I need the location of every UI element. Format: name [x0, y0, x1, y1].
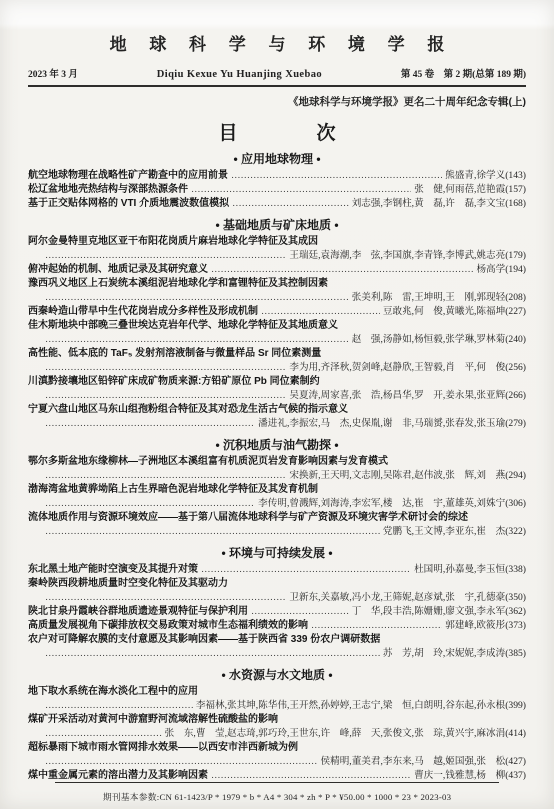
toc-entry-authors: 曹庆一,钱雅慧,杨 柳 [414, 769, 505, 783]
toc-entry: 俯冲起始的机制、地质记录及其研究意义杨高学(194) [28, 263, 526, 277]
dot-leader [45, 525, 380, 539]
toc-entry-authors: 苏 芳,胡 玲,宋妮妮,李成涛 [383, 647, 505, 661]
toc-entry: 基于正交贴体网格的 VTI 介质地震波数值模拟刘志强,李钢柱,黄 磊,许 磊,李… [28, 197, 526, 211]
dot-leader [45, 727, 162, 741]
journal-contents-page: 地 球 科 学 与 环 境 学 报 2023 年 3 月 Diqiu Kexue… [0, 0, 554, 809]
dot-leader [45, 249, 286, 263]
toc-entry-continuation: 潘进礼,李振宏,马 杰,史保胤,谢 非,马瑞赟,张春发,张玉瑜(279) [28, 417, 526, 431]
toc-entry: 西秦岭造山带早中生代花岗岩成分多样性及形成机制豆敢兆,何 俊,黄曦光,陈福坤(2… [28, 305, 526, 319]
toc-entry-authors: 王瑞廷,袁海潮,李 弦,李国旗,李青锋,李博武,姚志亮 [289, 249, 505, 263]
dot-leader [231, 169, 442, 183]
toc-entry-page: (240) [505, 333, 526, 347]
toc-entry-continuation: 吴夏涛,周家喜,张 浩,杨昌华,罗 开,姜永果,张亚辉(266) [28, 389, 526, 403]
toc-section-header: • 沉积地质与油气勘探 • [28, 436, 526, 453]
toc-entry-authors: 吴夏涛,周家喜,张 浩,杨昌华,罗 开,姜永果,张亚辉 [289, 389, 505, 403]
footer-rule [55, 782, 499, 783]
dot-leader [45, 417, 255, 431]
toc-entry-title: 佳木斯地块中部晚三叠世埃达克岩年代学、地球化学特征及其地质意义 [28, 319, 526, 333]
journal-parameters: 期刊基本参数:CN 61-1423/P * 1979 * b * A4 * 30… [0, 790, 554, 803]
toc-entry-continuation: 张 东,曹 莹,赵志琦,郭巧玲,王世东,许 峰,薛 天,张俊文,张 琮,黄兴宇,… [28, 727, 526, 741]
toc-entry-authors: 张美利,陈 雷,王坤明,王 刚,郭现轻 [352, 291, 506, 305]
toc-entry-page: (266) [505, 389, 526, 403]
page-content: 地 球 科 学 与 环 境 学 报 2023 年 3 月 Diqiu Kexue… [0, 0, 554, 783]
toc-entry-title: 航空地球物理在战略性矿产勘查中的应用前景 [28, 169, 228, 183]
toc-entry: 松辽盆地地壳热结构与深部热源条件张 健,何雨蓓,范艳霞(157) [28, 183, 526, 197]
toc-sections: • 应用地球物理 •航空地球物理在战略性矿产勘查中的应用前景熊盛青,徐学义(14… [28, 150, 526, 783]
dot-leader [45, 361, 286, 375]
toc-entry: 陕北甘泉丹霞峡谷群地质遗迹景观特征与保护利用丁 华,段丰浩,陈姗姗,廖文强,李永… [28, 605, 526, 619]
journal-title: 地 球 科 学 与 环 境 学 报 [28, 30, 526, 55]
toc-entry-title: 煤中重金属元素的溶出潜力及其影响因素 [28, 769, 208, 783]
toc-entry-authors: 宋换新,王天明,文志刚,吴陈君,赵伟波,张 辉,刘 燕 [289, 469, 505, 483]
toc-entry-title: 东北黑土地产能时空演变及其提升对策 [28, 563, 198, 577]
toc-entry-title: 高质量发展视角下碳排放权交易政策对城市生态福利绩效的影响 [28, 619, 308, 633]
toc-entry-page: (373) [505, 619, 526, 633]
toc-entry-authors: 赵 强,汤静如,杨恒毅,张学琳,罗林菊 [352, 333, 506, 347]
toc-entry-title: 宁夏六盘山地区马东山组孢粉组合特征及其对恐龙生活古气候的指示意义 [28, 403, 526, 417]
toc-entry-authors: 党鹏飞,王文博,李亚东,崔 杰 [383, 525, 505, 539]
toc-entry-continuation: 王瑞廷,袁海潮,李 弦,李国旗,李青锋,李博武,姚志亮(179) [28, 249, 526, 263]
toc-entry-authors: 张 健,何雨蓓,范艳霞 [414, 183, 505, 197]
toc-entry-title: 秦岭陕西段耕地质量时空变化特征及其驱动力 [28, 577, 526, 591]
toc-entry-continuation: 李传明,曾溅辉,刘海涛,李宏军,楼 达,崔 宇,董雄英,刘姝宁(306) [28, 497, 526, 511]
toc-entry-continuation: 卫新东,关嘉敏,冯小龙,王筛妮,赵彦斌,张 宇,孔德豪(350) [28, 591, 526, 605]
toc-entry-title: 川滇黔接壤地区铅锌矿床成矿物质来源:方铅矿原位 Pb 同位素制约 [28, 375, 526, 389]
volume-issue: 第 45 卷 第 2 期(总第 189 期) [401, 66, 526, 80]
toc-entry-page: (427) [505, 755, 526, 769]
toc-entry-continuation: 侯精明,董美君,李东来,马 越,姬国强,张 松(427) [28, 755, 526, 769]
toc-entry-continuation: 党鹏飞,王文博,李亚东,崔 杰(322) [28, 525, 526, 539]
journal-title-pinyin: Diqiu Kexue Yu Huanjing Xuebao [157, 69, 322, 80]
toc-entry-page: (256) [505, 361, 526, 375]
dot-leader [45, 647, 380, 661]
issue-date: 2023 年 3 月 [28, 66, 78, 80]
toc-entry-title: 西秦岭造山带早中生代花岗岩成分多样性及形成机制 [28, 305, 258, 319]
toc-entry-authors: 杨高学 [476, 263, 505, 277]
dot-leader [261, 305, 380, 319]
toc-section-header: • 水资源与水文地质 • [28, 666, 526, 683]
toc-entry-authors: 潘进礼,李振宏,马 杰,史保胤,谢 非,马瑞赟,张春发,张玉瑜 [258, 417, 505, 431]
header-rule [28, 85, 526, 87]
toc-entry-page: (179) [505, 249, 526, 263]
toc-entry-authors: 刘志强,李钢柱,黄 磊,许 磊,李文宝 [352, 197, 506, 211]
toc-entry-title: 鄂尔多斯盆地东缘柳林—子洲地区本溪组富有机质泥页岩发育影响因素与发育模式 [28, 455, 526, 469]
toc-entry-authors: 李福林,张其坤,陈华伟,王开然,孙婷婷,王志宁,梁 恒,白朗明,谷东起,孙永根 [196, 699, 505, 713]
toc-entry-page: (194) [505, 263, 526, 277]
toc-section-header: • 环境与可持续发展 • [28, 544, 526, 561]
toc-entry-title: 农户对可降解农膜的支付意愿及其影响因素——基于陕西省 339 份农户调研数据 [28, 633, 526, 647]
toc-entry-page: (208) [505, 291, 526, 305]
toc-section-header: • 应用地球物理 • [28, 150, 526, 167]
special-issue-title: 《地球科学与环境学报》更名二十周年纪念专辑(上) [28, 94, 526, 109]
toc-entry-page: (294) [505, 469, 526, 483]
journal-info-row: 2023 年 3 月 Diqiu Kexue Yu Huanjing Xueba… [28, 66, 526, 80]
toc-entry-page: (437) [505, 769, 526, 783]
dot-leader [45, 291, 349, 305]
toc-entry-page: (143) [505, 169, 526, 183]
toc-entry-page: (385) [505, 647, 526, 661]
toc-entry-title: 松辽盆地地壳热结构与深部热源条件 [28, 183, 188, 197]
dot-leader [211, 263, 473, 277]
dot-leader [211, 769, 411, 783]
dot-leader [45, 389, 286, 403]
dot-leader [45, 699, 193, 713]
toc-entry-page: (362) [505, 605, 526, 619]
toc-entry-title: 豫西巩义地区上石炭统本溪组泥岩地球化学和富锂特征及其控制因素 [28, 277, 526, 291]
dot-leader [311, 619, 442, 633]
toc-entry-page: (279) [505, 417, 526, 431]
toc-entry-page: (157) [505, 183, 526, 197]
dot-leader [191, 183, 411, 197]
toc-entry-authors: 郭建峰,欧筱彤 [445, 619, 505, 633]
toc-entry: 高质量发展视角下碳排放权交易政策对城市生态福利绩效的影响郭建峰,欧筱彤(373) [28, 619, 526, 633]
toc-entry-page: (350) [505, 591, 526, 605]
toc-entry-title: 阿尔金曼特里克地区亚干布阳花岗质片麻岩地球化学特征及其成因 [28, 235, 526, 249]
toc-entry-title: 渤海湾盆地黄骅坳陷上古生界暗色泥岩地球化学特征及其发育机制 [28, 483, 526, 497]
toc-entry-continuation: 苏 芳,胡 玲,宋妮妮,李成涛(385) [28, 647, 526, 661]
toc-entry-authors: 李传明,曾溅辉,刘海涛,李宏军,楼 达,崔 宇,董雄英,刘姝宁 [258, 497, 505, 511]
toc-entry-title: 流体地质作用与资源环境效应——基于第八届流体地球科学与矿产资源及环境灾害学术研讨… [28, 511, 526, 525]
dot-leader [45, 755, 318, 769]
page-footer: 期刊基本参数:CN 61-1423/P * 1979 * b * A4 * 30… [0, 782, 554, 803]
toc-entry-continuation: 赵 强,汤静如,杨恒毅,张学琳,罗林菊(240) [28, 333, 526, 347]
toc-entry-authors: 丁 华,段丰浩,陈姗姗,廖文强,李永军 [352, 605, 506, 619]
contents-title: 目 次 [28, 118, 526, 145]
toc-entry-authors: 卫新东,关嘉敏,冯小龙,王筛妮,赵彦斌,张 宇,孔德豪 [289, 591, 505, 605]
toc-entry-continuation: 宋换新,王天明,文志刚,吴陈君,赵伟波,张 辉,刘 燕(294) [28, 469, 526, 483]
toc-entry-title: 地下取水系统在海水淡化工程中的应用 [28, 685, 526, 699]
toc-section-header: • 基础地质与矿床地质 • [28, 216, 526, 233]
toc-entry-authors: 熊盛青,徐学义 [445, 169, 505, 183]
toc-entry-page: (227) [505, 305, 526, 319]
toc-entry-continuation: 李为用,齐泽秋,贺剑峰,赵静欣,王智毅,肖 平,何 俊(256) [28, 361, 526, 375]
toc-entry: 航空地球物理在战略性矿产勘查中的应用前景熊盛青,徐学义(143) [28, 169, 526, 183]
toc-entry-title: 陕北甘泉丹霞峡谷群地质遗迹景观特征与保护利用 [28, 605, 248, 619]
toc-entry-page: (322) [505, 525, 526, 539]
toc-entry: 东北黑土地产能时空演变及其提升对策杜国明,孙嘉曼,李玉恒(338) [28, 563, 526, 577]
toc-entry-page: (168) [505, 197, 526, 211]
dot-leader [45, 591, 286, 605]
toc-entry-page: (399) [505, 699, 526, 713]
toc-entry-authors: 侯精明,董美君,李东来,马 越,姬国强,张 松 [321, 755, 506, 769]
toc-entry-continuation: 张美利,陈 雷,王坤明,王 刚,郭现轻(208) [28, 291, 526, 305]
toc-entry-page: (414) [505, 727, 526, 741]
dot-leader [201, 563, 411, 577]
toc-entry-authors: 李为用,齐泽秋,贺剑峰,赵静欣,王智毅,肖 平,何 俊 [289, 361, 505, 375]
dot-leader [45, 333, 349, 347]
dot-leader [251, 605, 349, 619]
toc-entry-authors: 张 东,曹 莹,赵志琦,郭巧玲,王世东,许 峰,薛 天,张俊文,张 琮,黄兴宇,… [165, 727, 506, 741]
dot-leader [232, 197, 349, 211]
toc-entry-authors: 杜国明,孙嘉曼,李玉恒 [414, 563, 505, 577]
toc-entry-title: 煤矿开采活动对黄河中游窟野河流域溶解性硫酸盐的影响 [28, 713, 526, 727]
toc-entry-title: 超标暴雨下城市雨水管网排水效果——以西安市沣西新城为例 [28, 741, 526, 755]
dot-leader [45, 469, 286, 483]
toc-entry-page: (338) [505, 563, 526, 577]
toc-entry-title: 俯冲起始的机制、地质记录及其研究意义 [28, 263, 208, 277]
toc-entry-title: 基于正交贴体网格的 VTI 介质地震波数值模拟 [28, 197, 229, 211]
toc-entry-title: 高性能、低本底的 TaF₅ 发射剂溶液制备与微量样品 Sr 同位素测量 [28, 347, 526, 361]
toc-entry-page: (306) [505, 497, 526, 511]
toc-entry-continuation: 李福林,张其坤,陈华伟,王开然,孙婷婷,王志宁,梁 恒,白朗明,谷东起,孙永根(… [28, 699, 526, 713]
toc-entry-authors: 豆敢兆,何 俊,黄曦光,陈福坤 [383, 305, 505, 319]
dot-leader [45, 497, 255, 511]
toc-entry: 煤中重金属元素的溶出潜力及其影响因素曹庆一,钱雅慧,杨 柳(437) [28, 769, 526, 783]
